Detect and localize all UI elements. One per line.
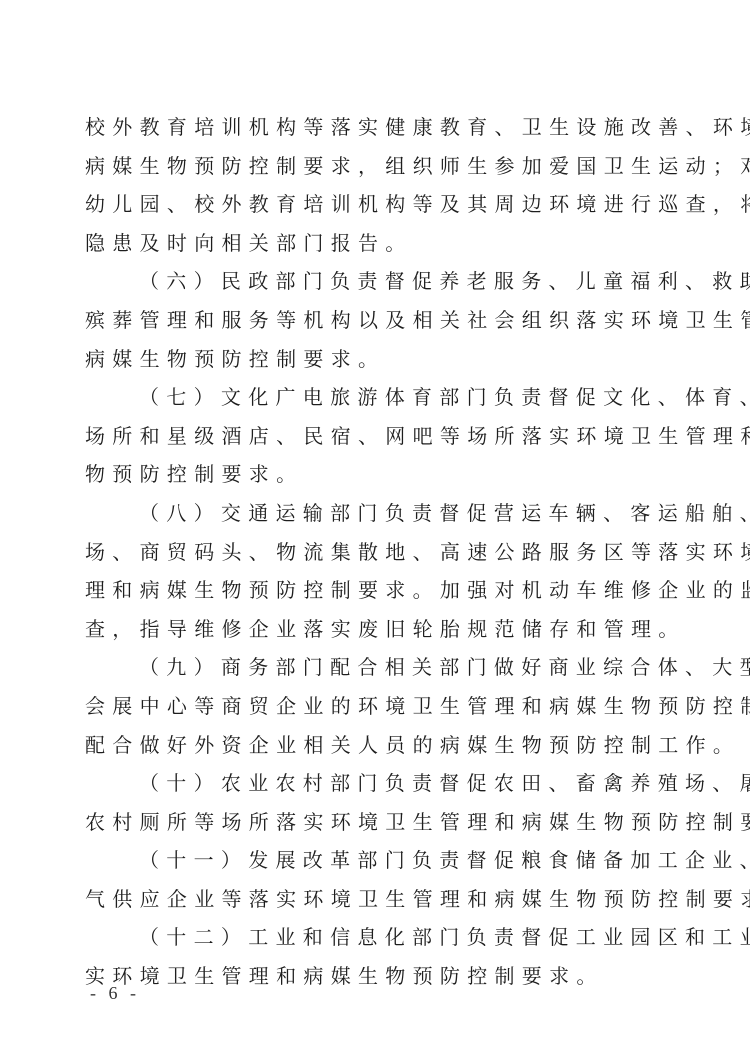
paragraph-first-line: （八）交通运输部门负责督促营运车辆、客运船舶、客运站 (85, 494, 665, 533)
text-line: 农村厕所等场所落实环境卫生管理和病媒生物预防控制要求。 (85, 803, 665, 842)
text-line: 查，指导维修企业落实废旧轮胎规范储存和管理。 (85, 610, 665, 649)
text-line: 殡葬管理和服务等机构以及相关社会组织落实环境卫生管理和 (85, 301, 665, 340)
text-line: 气供应企业等落实环境卫生管理和病媒生物预防控制要求。 (85, 880, 665, 919)
text-line: 场、商贸码头、物流集散地、高速公路服务区等落实环境卫生管 (85, 533, 665, 572)
text-line: 配合做好外资企业相关人员的病媒生物预防控制工作。 (85, 726, 665, 765)
text-line: 实环境卫生管理和病媒生物预防控制要求。 (85, 957, 665, 996)
paragraph-first-line: （十一）发展改革部门负责督促粮食储备加工企业、电力油 (85, 841, 665, 880)
text-line: 物预防控制要求。 (85, 455, 665, 494)
text-line: 病媒生物预防控制要求。 (85, 340, 665, 379)
text-line: 幼儿园、校外教育培训机构等及其周边环境进行巡查，将存在的 (85, 185, 665, 224)
paragraph-first-line: （七）文化广电旅游体育部门负责督促文化、体育、旅游等 (85, 378, 665, 417)
text-line: 理和病媒生物预防控制要求。加强对机动车维修企业的监督检 (85, 571, 665, 610)
text-line: 校外教育培训机构等落实健康教育、卫生设施改善、环境整洁和 (85, 108, 665, 147)
paragraph-first-line: （六）民政部门负责督促养老服务、儿童福利、救助管理、 (85, 262, 665, 301)
text-line: 会展中心等商贸企业的环境卫生管理和病媒生物预防控制工作； (85, 687, 665, 726)
page-number: - 6 - (90, 983, 140, 1004)
document-body: 校外教育培训机构等落实健康教育、卫生设施改善、环境整洁和病媒生物预防控制要求，组… (85, 108, 665, 996)
paragraph-first-line: （十二）工业和信息化部门负责督促工业园区和工业企业落 (85, 918, 665, 957)
paragraph-first-line: （十）农业农村部门负责督促农田、畜禽养殖场、屠宰场、 (85, 764, 665, 803)
text-line: 隐患及时向相关部门报告。 (85, 224, 665, 263)
paragraph-first-line: （九）商务部门配合相关部门做好商业综合体、大型商超、 (85, 648, 665, 687)
document-page: 校外教育培训机构等落实健康教育、卫生设施改善、环境整洁和病媒生物预防控制要求，组… (0, 0, 750, 1060)
text-line: 病媒生物预防控制要求，组织师生参加爱国卫生运动；对学校、 (85, 147, 665, 186)
text-line: 场所和星级酒店、民宿、网吧等场所落实环境卫生管理和病媒生 (85, 417, 665, 456)
